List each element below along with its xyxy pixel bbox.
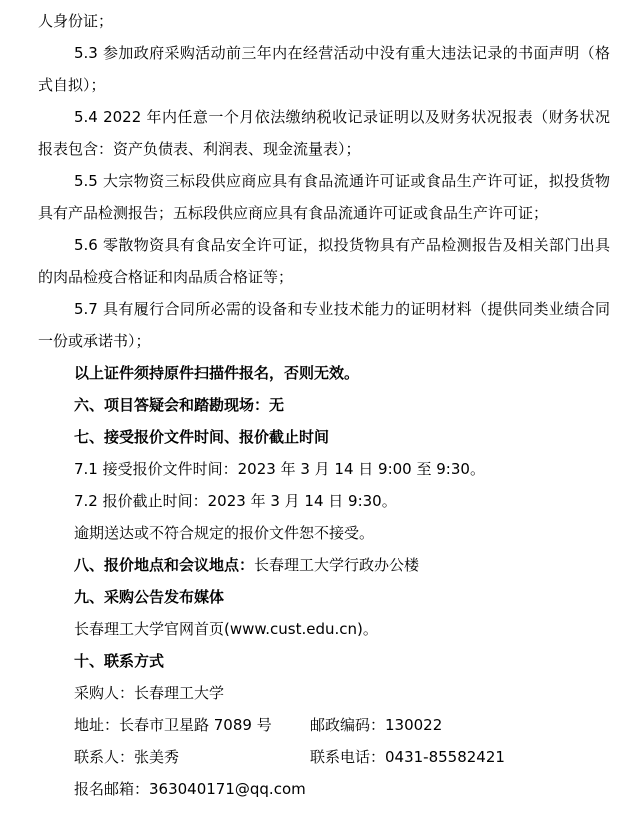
publish-media-website: 长春理工大学官网首页(www.cust.edu.cn)。 <box>38 613 610 645</box>
clause-7-1-acceptance-time: 7.1 接受报价文件时间：2023 年 3 月 14 日 9:00 至 9:30… <box>38 453 610 485</box>
clause-5-3-no-illegal-record: 5.3 参加政府采购活动前三年内在经营活动中没有重大违法记录的书面声明（格式自拟… <box>38 37 610 101</box>
clause-5-7-equipment-capability: 5.7 具有履行合同所必需的设备和专业技术能力的证明材料（提供同类业绩合同一份或… <box>38 293 610 357</box>
postal-code-value: 邮政编码：130022 <box>310 709 442 741</box>
contact-phone-row: 联系人：张美秀 联系电话：0431-85582421 <box>38 741 610 773</box>
section-7-quotation-time-heading: 七、接受报价文件时间、报价截止时间 <box>38 421 610 453</box>
clause-5-5-food-license: 5.5 大宗物资三标段供应商应具有食品流通许可证或食品生产许可证，拟投货物具有产… <box>38 165 610 229</box>
purchaser-row: 采购人：长春理工大学 <box>38 677 610 709</box>
section-8-venue-value: 长春理工大学行政办公楼 <box>254 556 419 574</box>
contact-person-value: 联系人：张美秀 <box>74 748 179 766</box>
registration-email-row: 报名邮箱：363040171@qq.com <box>38 773 610 805</box>
contact-phone-value: 联系电话：0431-85582421 <box>310 741 505 773</box>
section-8-quotation-venue: 八、报价地点和会议地点：长春理工大学行政办公楼 <box>38 549 610 581</box>
document-page: 人身份证； 5.3 参加政府采购活动前三年内在经营活动中没有重大违法记录的书面声… <box>0 0 644 829</box>
section-6-qa-site-visit: 六、项目答疑会和踏勘现场：无 <box>38 389 610 421</box>
section-10-contact-heading: 十、联系方式 <box>38 645 610 677</box>
section-9-publish-media-heading: 九、采购公告发布媒体 <box>38 581 610 613</box>
notice-original-scan-required: 以上证件须持原件扫描件报名，否则无效。 <box>38 357 610 389</box>
address-postal-row: 地址：长春市卫星路 7089 号 邮政编码：130022 <box>38 709 610 741</box>
section-8-heading: 八、报价地点和会议地点： <box>74 556 254 574</box>
clause-5-4-tax-financial-report: 5.4 2022 年内任意一个月依法缴纳税收记录证明以及财务状况报表（财务状况报… <box>38 101 610 165</box>
address-value: 地址：长春市卫星路 7089 号 <box>74 716 272 734</box>
clause-7-2-deadline-time: 7.2 报价截止时间：2023 年 3 月 14 日 9:30。 <box>38 485 610 517</box>
late-delivery-note: 逾期送达或不符合规定的报价文件恕不接受。 <box>38 517 610 549</box>
clause-5-6-food-safety-license: 5.6 零散物资具有食品安全许可证，拟投货物具有产品检测报告及相关部门出具的肉品… <box>38 229 610 293</box>
para-continuation-id-card: 人身份证； <box>38 5 610 37</box>
